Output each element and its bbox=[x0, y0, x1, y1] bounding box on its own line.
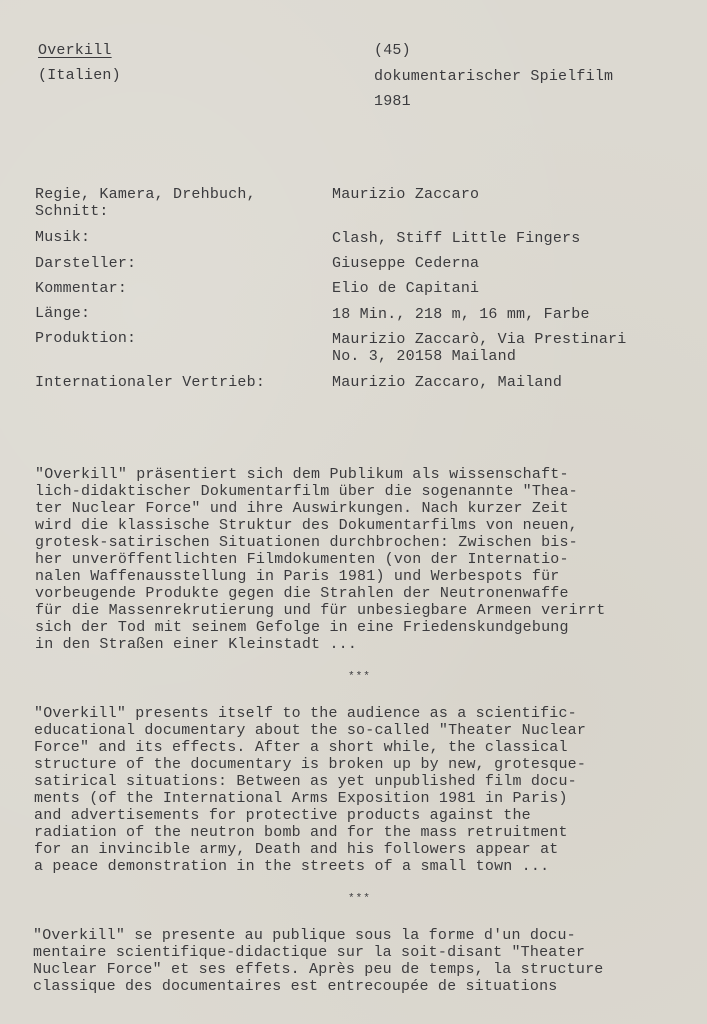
film-country: (Italien) bbox=[38, 67, 121, 84]
synopsis-german: "Overkill" präsentiert sich dem Publikum… bbox=[35, 466, 606, 653]
film-genre: dokumentarischer Spielfilm bbox=[374, 68, 613, 85]
credit-label-distribution: Internationaler Vertrieb: bbox=[35, 374, 265, 391]
credit-value-distribution: Maurizio Zaccaro, Mailand bbox=[332, 374, 562, 391]
separator-stars: *** bbox=[348, 671, 371, 683]
synopsis-french: "Overkill" se presente au publique sous … bbox=[33, 927, 604, 995]
document-page: Overkill (Italien) (45) dokumentarischer… bbox=[0, 0, 707, 1024]
credit-label-commentary: Kommentar: bbox=[35, 280, 127, 297]
credit-label-direction: Regie, Kamera, Drehbuch, Schnitt: bbox=[35, 186, 256, 220]
synopsis-english: "Overkill" presents itself to the audien… bbox=[34, 705, 586, 875]
credit-value-music: Clash, Stiff Little Fingers bbox=[332, 230, 580, 247]
separator-stars: *** bbox=[348, 893, 371, 905]
credit-value-length: 18 Min., 218 m, 16 mm, Farbe bbox=[332, 306, 590, 323]
film-title: Overkill bbox=[38, 42, 112, 59]
credit-value-production: Maurizio Zaccarò, Via Prestinari No. 3, … bbox=[332, 331, 626, 365]
credit-value-cast: Giuseppe Cederna bbox=[332, 255, 479, 272]
credit-label-music: Musik: bbox=[35, 229, 90, 246]
credit-label-cast: Darsteller: bbox=[35, 255, 136, 272]
film-year: 1981 bbox=[374, 93, 411, 110]
credit-value-commentary: Elio de Capitani bbox=[332, 280, 479, 297]
credit-label-length: Länge: bbox=[35, 305, 90, 322]
credit-value-direction: Maurizio Zaccaro bbox=[332, 186, 479, 203]
film-number: (45) bbox=[374, 42, 411, 59]
credit-label-production: Produktion: bbox=[35, 330, 136, 347]
